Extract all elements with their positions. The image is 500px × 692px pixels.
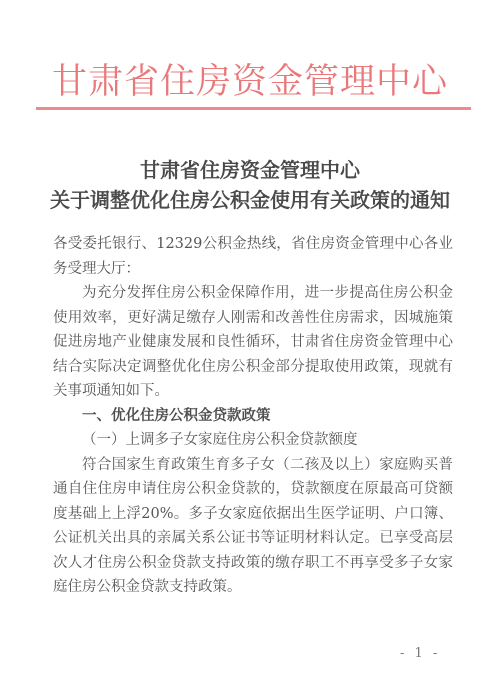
title-line-1: 甘肃省住房资金管理中心 [0, 155, 500, 185]
document-title: 甘肃省住房资金管理中心 关于调整优化住房公积金使用有关政策的通知 [0, 155, 500, 215]
letterhead-title: 甘肃省住房资金管理中心 [0, 62, 500, 102]
title-line-2: 关于调整优化住房公积金使用有关政策的通知 [0, 185, 500, 215]
salutation: 各受委托银行、12329公积金热线，省住房资金管理中心各业务受理大厅： [53, 232, 453, 281]
letterhead-red-rule [36, 107, 471, 110]
subsection-1-paragraph: 符合国家生育政策生育多子女（二孩及以上）家庭购买普通自住住房申请住房公积金贷款的… [53, 453, 453, 600]
section-1-heading: 一、优化住房公积金贷款政策 [53, 404, 453, 429]
document-body: 各受委托银行、12329公积金热线，省住房资金管理中心各业务受理大厅： 为充分发… [53, 232, 453, 600]
subsection-1-heading: （一）上调多子女家庭住房公积金贷款额度 [53, 428, 453, 453]
page-number: - 1 - [400, 646, 440, 661]
intro-paragraph: 为充分发挥住房公积金保障作用，进一步提高住房公积金使用效率，更好满足缴存人刚需和… [53, 281, 453, 404]
